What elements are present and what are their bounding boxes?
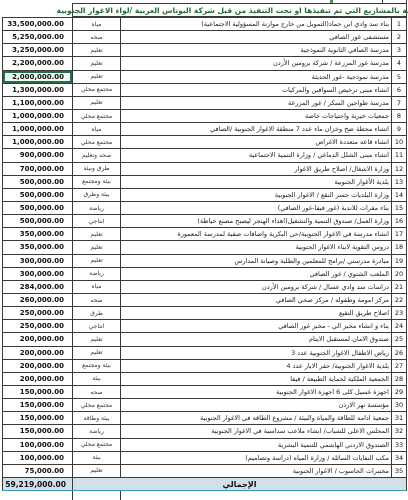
project-description-cell[interactable]: اصلاح طريق النقيع xyxy=(121,307,392,319)
table-row[interactable]: 500,000.00بيئة ومجتمعبلدية الأغوار الجنو… xyxy=(3,176,406,189)
category-cell[interactable]: بيئة ومجتمع xyxy=(73,176,121,188)
amount-cell[interactable]: 200,000.00 xyxy=(3,333,73,345)
project-description-cell[interactable]: انشاء مدرسة في الاغوار الجنوبية/حي البكر… xyxy=(121,228,392,240)
category-cell[interactable]: تعليم xyxy=(73,465,121,477)
category-cell[interactable]: مجتمع محلي xyxy=(73,84,121,96)
project-description-cell[interactable]: مؤسسة نهر الاردن xyxy=(121,399,392,411)
row-number-cell[interactable]: 17 xyxy=(392,228,406,240)
category-cell[interactable]: طرق وبيئة xyxy=(73,163,121,175)
row-number-cell[interactable]: 31 xyxy=(392,412,406,424)
project-description-cell[interactable]: جمعيات خيرية واحتياجات خاصة xyxy=(121,110,392,122)
row-number-cell[interactable]: 32 xyxy=(392,425,406,437)
amount-cell[interactable]: 300,000.00 xyxy=(3,268,73,280)
row-number-cell[interactable]: 28 xyxy=(392,373,406,385)
projects-table: 33,500,000.00مياهبناء سد وادي ابن حماد(ا… xyxy=(2,17,407,478)
amount-cell[interactable]: 200,000.00 xyxy=(3,347,73,359)
partial-row-border xyxy=(120,491,121,500)
table-row[interactable]: 200,000.00تعليمصندوق الامان لمستقبل الاي… xyxy=(3,333,406,346)
table-row[interactable]: 200,000.00بيئة ومجتمعبلدية الاغوار الجنو… xyxy=(3,360,406,373)
table-row[interactable]: 75,000.00تعليممختبرات الحاسوب / الاغوار … xyxy=(3,465,406,478)
row-number-cell[interactable]: 18 xyxy=(392,241,406,253)
row-number-cell[interactable]: 10 xyxy=(392,136,406,148)
amount-cell[interactable]: 150,000.00 xyxy=(3,425,73,437)
project-description-cell[interactable]: انشاء مبنى ترخيص السواقين والمركبات xyxy=(121,84,392,96)
amount-cell[interactable]: 500,000.00 xyxy=(3,176,73,188)
category-cell[interactable]: بيئة ومجتمع xyxy=(73,360,121,372)
project-description-cell[interactable]: صندوق الامان لمستقبل الايتام xyxy=(121,333,392,345)
category-cell[interactable]: مجتمع محلي xyxy=(73,439,121,451)
category-cell[interactable]: تعليم xyxy=(73,347,121,359)
table-row[interactable]: 700,000.00طرق وبيئةوزارة الاشغال/ اصلاح … xyxy=(3,163,406,176)
table-row[interactable]: 1,000,000.00مجتمع محليجمعيات خيرية واحتي… xyxy=(3,110,406,123)
row-number-cell[interactable]: 14 xyxy=(392,189,406,201)
total-row[interactable]: 59,219,000.00 الإجمالي xyxy=(2,478,407,491)
row-number-cell[interactable]: 21 xyxy=(392,281,406,293)
project-description-cell[interactable]: دراسات سد وادي عسال / شركة برومين الأردن xyxy=(121,281,392,293)
table-row[interactable]: 250,000.00طرقاصلاح طريق النقيع23 xyxy=(3,307,406,320)
project-description-cell[interactable]: الجمعية الملكية لحماية الطبيعة / فيفا xyxy=(121,373,392,385)
row-number-cell[interactable]: 22 xyxy=(392,294,406,306)
project-description-cell[interactable]: مدرسة طواحين السكر / غور المزرعة xyxy=(121,97,392,109)
project-description-cell[interactable]: مركز امومة وطفوله / مركز صحي الصافي xyxy=(121,294,392,306)
table-row[interactable]: 100,000.00مجتمع محليالصندوق الاردني الها… xyxy=(3,439,406,452)
project-description-cell[interactable]: بناء و انشاء مخبز الي - مخبز غور الصافي xyxy=(121,320,392,332)
amount-cell-selected[interactable]: 2,000,000.00 xyxy=(3,71,73,83)
category-cell[interactable]: تعليم xyxy=(73,255,121,267)
table-row[interactable]: 284,000.00مياهدراسات سد وادي عسال / شركة… xyxy=(3,281,406,294)
row-number-cell[interactable]: 12 xyxy=(392,163,406,175)
category-cell[interactable]: انتاجي xyxy=(73,320,121,332)
row-number-cell[interactable]: 15 xyxy=(392,202,406,214)
category-cell[interactable]: صحه xyxy=(73,31,121,43)
table-row[interactable]: 500,000.00بيئة وطرقوزارة البلديات جسر ال… xyxy=(3,189,406,202)
project-description-cell[interactable]: الصندوق الاردني الهاشمي للتنمية البشرية xyxy=(121,439,392,451)
row-number-cell[interactable]: 6 xyxy=(392,84,406,96)
category-cell[interactable]: تعليم xyxy=(73,71,121,83)
row-number-cell[interactable]: 23 xyxy=(392,307,406,319)
table-row[interactable]: 500,000.00انتاجيوزارة العمل/ صندوق التنم… xyxy=(3,215,406,228)
row-number-cell[interactable]: 35 xyxy=(392,465,406,477)
project-description-cell[interactable]: مدرسة غور المزرعة / شركة برومين الأردن xyxy=(121,57,392,69)
total-label-cell[interactable]: الإجمالي xyxy=(73,478,406,490)
amount-cell[interactable]: 2,200,000.00 xyxy=(3,57,73,69)
category-cell[interactable]: مياه xyxy=(73,123,121,135)
amount-cell[interactable]: 150,000.00 xyxy=(3,399,73,411)
table-row[interactable]: 2,000,000.00تعليممدرسة نموذجية -غور الحد… xyxy=(3,71,406,84)
amount-cell[interactable]: 350,000.00 xyxy=(3,228,73,240)
amount-cell[interactable]: 100,000.00 xyxy=(3,439,73,451)
amount-cell[interactable]: 1,000,000.00 xyxy=(3,123,73,135)
category-cell[interactable]: تعليم xyxy=(73,241,121,253)
row-number-cell[interactable]: 20 xyxy=(392,268,406,280)
amount-cell[interactable]: 5,250,000.00 xyxy=(3,31,73,43)
table-row[interactable]: 150,000.00مجتمع محليمؤسسة نهر الاردن30 xyxy=(3,399,406,412)
project-description-cell[interactable]: انشاء قاعه متعددة الاغراض xyxy=(121,136,392,148)
category-cell[interactable]: تعليم xyxy=(73,228,121,240)
row-number-cell[interactable]: 16 xyxy=(392,215,406,227)
amount-cell[interactable]: 200,000.00 xyxy=(3,373,73,385)
row-number-cell[interactable]: 19 xyxy=(392,255,406,267)
amount-cell[interactable]: 75,000.00 xyxy=(3,465,73,477)
table-row[interactable]: 350,000.00تعليمانشاء مدرسة في الاغوار ال… xyxy=(3,228,406,241)
table-row[interactable]: 100,000.00بيئةمكب النفايات السائله / وزا… xyxy=(3,452,406,465)
category-cell[interactable]: صحه وتعليم xyxy=(73,149,121,161)
table-row[interactable]: 1,000,000.00مجتمع محليانشاء قاعه متعددة … xyxy=(3,136,406,149)
project-description-cell[interactable]: وزارة البلديات جسر النقع / الاغوار الجنو… xyxy=(121,189,392,201)
amount-cell[interactable]: 3,250,000.00 xyxy=(3,44,73,56)
amount-cell[interactable]: 150,000.00 xyxy=(3,386,73,398)
table-row[interactable]: 900,000.00صحه وتعليمانشاء مبنى الشلل الد… xyxy=(3,149,406,162)
row-number-cell[interactable]: 29 xyxy=(392,386,406,398)
row-number-cell[interactable]: 24 xyxy=(392,320,406,332)
amount-cell[interactable]: 350,000.00 xyxy=(3,241,73,253)
category-cell[interactable]: بيئة xyxy=(73,373,121,385)
category-cell[interactable]: صحه xyxy=(73,386,121,398)
amount-cell[interactable]: 100,000.00 xyxy=(3,452,73,464)
table-row[interactable]: 1,300,000.00مجتمع محليانشاء مبنى ترخيص ا… xyxy=(3,84,406,97)
amount-cell[interactable]: 1,000,000.00 xyxy=(3,110,73,122)
table-row[interactable]: 300,000.00رياضةالملعب الشتوي / غور الصاف… xyxy=(3,268,406,281)
spreadsheet: قائمة بالمشاريع التي تم تنفيذها او تحت ا… xyxy=(0,0,408,500)
category-cell[interactable]: مياه xyxy=(73,18,121,30)
project-description-cell[interactable]: مكب النفايات السائله / وزارة المياه (درا… xyxy=(121,452,392,464)
category-cell[interactable]: تعليم xyxy=(73,333,121,345)
project-description-cell[interactable]: وزارة الاشغال/ اصلاح طريق الاغوار xyxy=(121,163,392,175)
table-row[interactable]: 500,000.00رياضةبناء مقرات للاندية (غور ف… xyxy=(3,202,406,215)
amount-cell[interactable]: 700,000.00 xyxy=(3,163,73,175)
category-cell[interactable]: مجتمع محلي xyxy=(73,136,121,148)
amount-cell[interactable]: 150,000.00 xyxy=(3,412,73,424)
amount-cell[interactable]: 33,500,000.00 xyxy=(3,18,73,30)
row-number-cell[interactable]: 25 xyxy=(392,333,406,345)
amount-cell[interactable]: 250,000.00 xyxy=(3,307,73,319)
table-row[interactable]: 5,250,000.00صحهمستشفى غور الصافي2 xyxy=(3,31,406,44)
category-cell[interactable]: مجتمع محلي xyxy=(73,110,121,122)
amount-cell[interactable]: 500,000.00 xyxy=(3,189,73,201)
row-number-cell[interactable]: 3 xyxy=(392,44,406,56)
table-row[interactable]: 33,500,000.00مياهبناء سد وادي ابن حماد(ا… xyxy=(3,18,406,31)
table-row[interactable]: 350,000.00تعليمدروس التقوية لابناء الاغو… xyxy=(3,241,406,254)
project-description-cell[interactable]: وزارة العمل/ صندوق التنمية والتشغيل(اهدا… xyxy=(121,215,392,227)
project-description-cell[interactable]: مدرسة نموذجية -غور الحديثة xyxy=(121,71,392,83)
amount-cell[interactable]: 1,100,000.00 xyxy=(3,97,73,109)
category-cell[interactable]: بيئة xyxy=(73,452,121,464)
amount-cell[interactable]: 250,000.00 xyxy=(3,320,73,332)
table-row[interactable]: 260,000.00صحهمركز امومة وطفوله / مركز صح… xyxy=(3,294,406,307)
project-description-cell[interactable]: المجلس الاعلى للشباب/ انشاء ملاعب سداسية… xyxy=(121,425,392,437)
table-row[interactable]: 150,000.00بيئة وطاقةجمعية ادامه للطاقة و… xyxy=(3,412,406,425)
project-description-cell[interactable]: بناء مقرات للاندية (غور فيفا-غور الصافي) xyxy=(121,202,392,214)
project-description-cell[interactable]: جمعية ادامه للطاقة والمياة والبيئة / مشر… xyxy=(121,412,392,424)
project-description-cell[interactable]: الملعب الشتوي / غور الصافي xyxy=(121,268,392,280)
category-cell[interactable]: مياه xyxy=(73,281,121,293)
amount-cell[interactable]: 500,000.00 xyxy=(3,215,73,227)
category-cell[interactable]: صحه xyxy=(73,294,121,306)
amount-cell[interactable]: 300,000.00 xyxy=(3,255,73,267)
partial-row-border xyxy=(72,491,73,500)
project-description-cell[interactable]: انشاء محطة ضخ وخزان ماء عدد 7 منطقة الاغ… xyxy=(121,123,392,135)
row-number-cell[interactable]: 30 xyxy=(392,399,406,411)
row-number-cell[interactable]: 13 xyxy=(392,176,406,188)
category-cell[interactable]: رياضة xyxy=(73,202,121,214)
project-description-cell[interactable]: مبادرة مدرستي /برامج للمعلمين والطلبة وص… xyxy=(121,255,392,267)
table-row[interactable]: 1,100,000.00تعليممدرسة طواحين السكر / غو… xyxy=(3,97,406,110)
project-description-cell[interactable]: بلدية الاغوار الجنوبية/ حفر الابار عدد 4 xyxy=(121,360,392,372)
table-row[interactable]: 250,000.00انتاجيبناء و انشاء مخبز الي - … xyxy=(3,320,406,333)
project-description-cell[interactable]: مختبرات الحاسوب / الاغوار الجنوبية xyxy=(121,465,392,477)
table-title[interactable]: قائمة بالمشاريع التي تم تنفيذها او تحت ا… xyxy=(72,3,407,17)
project-description-cell[interactable]: رياض الاطفال الاغوار الجنوبية عدد 3 xyxy=(121,347,392,359)
row-number-cell[interactable]: 7 xyxy=(392,97,406,109)
category-cell[interactable]: تعليم xyxy=(73,97,121,109)
row-number-cell[interactable]: 1 xyxy=(392,18,406,30)
category-cell[interactable]: مجتمع محلي xyxy=(73,399,121,411)
amount-cell[interactable]: 260,000.00 xyxy=(3,294,73,306)
project-description-cell[interactable]: بناء سد وادي ابن حماد(التمويل من خارج مو… xyxy=(121,18,392,30)
category-cell[interactable]: رياضة xyxy=(73,268,121,280)
row-number-cell[interactable]: 11 xyxy=(392,149,406,161)
table-row[interactable]: 3,250,000.00تعليممدرسة الصافي الثانوية ا… xyxy=(3,44,406,57)
table-row[interactable]: 200,000.00تعليمرياض الاطفال الاغوار الجن… xyxy=(3,347,406,360)
project-description-cell[interactable]: انشاء مبنى الشلل الدماغي / وزارة التنمية… xyxy=(121,149,392,161)
row-number-cell[interactable]: 5 xyxy=(392,71,406,83)
category-cell[interactable]: تعليم xyxy=(73,57,121,69)
row-number-cell[interactable]: 33 xyxy=(392,439,406,451)
amount-cell[interactable]: 900,000.00 xyxy=(3,149,73,161)
row-number-cell[interactable]: 27 xyxy=(392,360,406,372)
project-description-cell[interactable]: بلدية الأغوار الجنوبية xyxy=(121,176,392,188)
table-row[interactable]: 300,000.00تعليممبادرة مدرستي /برامج للمع… xyxy=(3,255,406,268)
amount-cell[interactable]: 284,000.00 xyxy=(3,281,73,293)
category-cell[interactable]: تعليم xyxy=(73,44,121,56)
category-cell[interactable]: رياضة xyxy=(73,425,121,437)
table-row[interactable]: 150,000.00صحهاجهزة غسيل كلى 6 اجهزة الاغ… xyxy=(3,386,406,399)
category-cell[interactable]: طرق xyxy=(73,307,121,319)
amount-cell[interactable]: 500,000.00 xyxy=(3,202,73,214)
row-number-cell[interactable]: 4 xyxy=(392,57,406,69)
project-description-cell[interactable]: مستشفى غور الصافي xyxy=(121,31,392,43)
table-row[interactable]: 2,200,000.00تعليممدرسة غور المزرعة / شرك… xyxy=(3,57,406,70)
category-cell[interactable]: بيئة وطاقة xyxy=(73,412,121,424)
row-number-cell[interactable]: 8 xyxy=(392,110,406,122)
project-description-cell[interactable]: اجهزة غسيل كلى 6 اجهزة الاغوار الجنوبية xyxy=(121,386,392,398)
table-row[interactable]: 150,000.00رياضةالمجلس الاعلى للشباب/ انش… xyxy=(3,425,406,438)
row-number-cell[interactable]: 34 xyxy=(392,452,406,464)
amount-cell[interactable]: 200,000.00 xyxy=(3,360,73,372)
amount-cell[interactable]: 1,300,000.00 xyxy=(3,84,73,96)
project-description-cell[interactable]: مدرسة الصافي الثانوية النموذجية xyxy=(121,44,392,56)
table-row[interactable]: 1,000,000.00مياهانشاء محطة ضخ وخزان ماء … xyxy=(3,123,406,136)
category-cell[interactable]: انتاجي xyxy=(73,215,121,227)
project-description-cell[interactable]: دروس التقوية لابناء الاغوار الجنوبية xyxy=(121,241,392,253)
table-row[interactable]: 200,000.00بيئةالجمعية الملكية لحماية الط… xyxy=(3,373,406,386)
amount-cell[interactable]: 1,000,000.00 xyxy=(3,136,73,148)
row-number-cell[interactable]: 26 xyxy=(392,347,406,359)
total-amount-cell[interactable]: 59,219,000.00 xyxy=(3,478,73,490)
row-number-cell[interactable]: 2 xyxy=(392,31,406,43)
row-number-cell[interactable]: 9 xyxy=(392,123,406,135)
category-cell[interactable]: بيئة وطرق xyxy=(73,189,121,201)
